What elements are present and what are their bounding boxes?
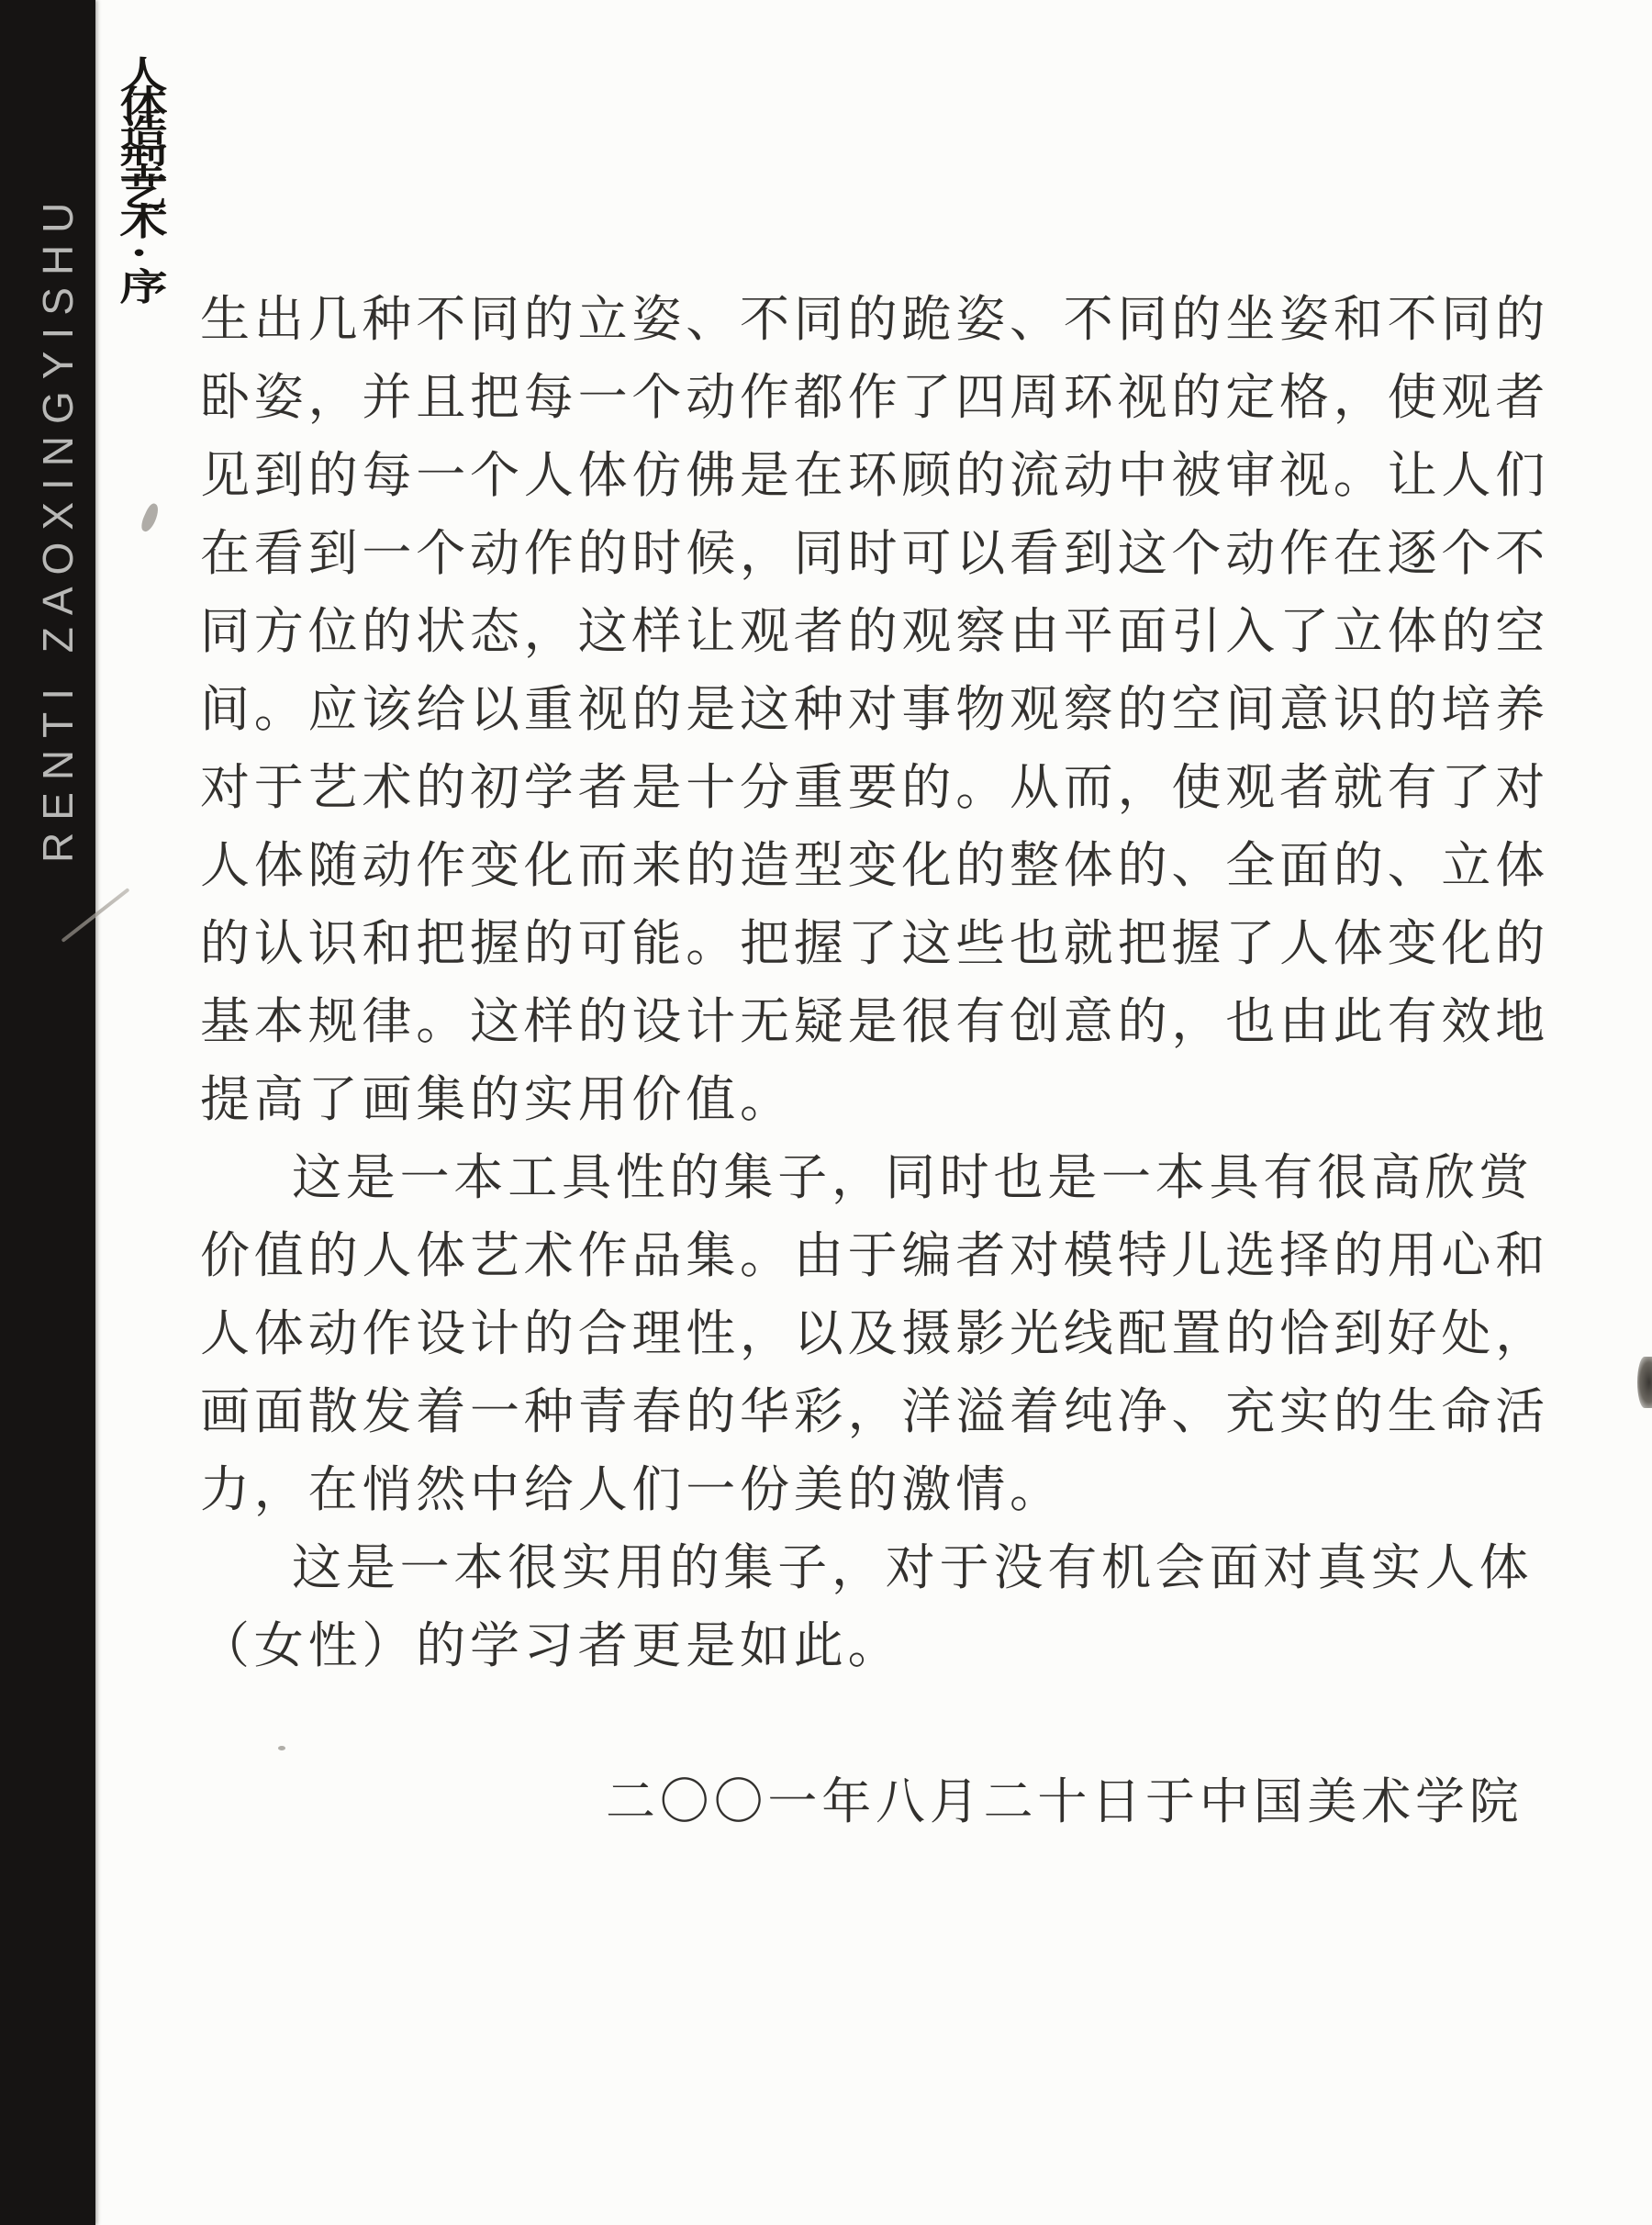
scan-mark-left-margin	[139, 502, 162, 534]
text-line: 基本规律。这样的设计无疑是很有创意的，也由此有效地	[200, 982, 1558, 1060]
text-line: 价值的人体艺术作品集。由于编者对模特儿选择的用心和	[200, 1216, 1558, 1294]
text-line: 生出几种不同的立姿、不同的跪姿、不同的坐姿和不同的	[200, 280, 1558, 358]
text-line: 人体随动作变化而来的造型变化的整体的、全面的、立体	[200, 826, 1558, 904]
preface-text-block: 生出几种不同的立姿、不同的跪姿、不同的坐姿和不同的卧姿，并且把每一个动作都作了四…	[200, 280, 1558, 1840]
scan-dot-artifact	[278, 1746, 285, 1750]
vertical-page-title: 人体造型艺术·序	[115, 55, 162, 296]
dateline: 二〇〇一年八月二十日于中国美术学院	[606, 1762, 1558, 1840]
blank-line	[200, 1684, 1558, 1762]
text-lines-container: 生出几种不同的立姿、不同的跪姿、不同的坐姿和不同的卧姿，并且把每一个动作都作了四…	[200, 280, 1558, 1684]
text-line: 见到的每一个人体仿佛是在环顾的流动中被审视。让人们	[200, 436, 1558, 514]
text-line: 人体动作设计的合理性，以及摄影光线配置的恰到好处，	[200, 1294, 1558, 1372]
text-line: 画面散发着一种青春的华彩，洋溢着纯净、充实的生命活	[200, 1372, 1558, 1450]
text-line: 这是一本工具性的集子，同时也是一本具有很高欣赏	[200, 1138, 1558, 1216]
text-line: 力，在悄然中给人们一份美的激情。	[200, 1450, 1558, 1528]
text-line: 卧姿，并且把每一个动作都作了四周环视的定格，使观者	[200, 358, 1558, 436]
text-line: 间。应该给以重视的是这种对事物观察的空间意识的培养	[200, 670, 1558, 748]
text-line: 这是一本很实用的集子，对于没有机会面对真实人体	[200, 1528, 1558, 1606]
text-line: 在看到一个动作的时候，同时可以看到这个动作在逐个不	[200, 514, 1558, 592]
spine-black-strip: RENTI ZAOXINGYISHU	[0, 0, 95, 2225]
text-line: 同方位的状态，这样让观者的观察由平面引入了立体的空	[200, 592, 1558, 670]
text-line: 的认识和把握的可能。把握了这些也就把握了人体变化的	[200, 904, 1558, 982]
text-line: 提高了画集的实用价值。	[200, 1060, 1558, 1138]
scan-smudge-right-edge	[1637, 1357, 1652, 1408]
text-line: （女性）的学习者更是如此。	[200, 1606, 1558, 1684]
book-page: RENTI ZAOXINGYISHU 人体造型艺术·序 生出几种不同的立姿、不同…	[0, 0, 1652, 2225]
text-line: 对于艺术的初学者是十分重要的。从而，使观者就有了对	[200, 748, 1558, 826]
spine-romanized-title: RENTI ZAOXINGYISHU	[33, 191, 83, 863]
